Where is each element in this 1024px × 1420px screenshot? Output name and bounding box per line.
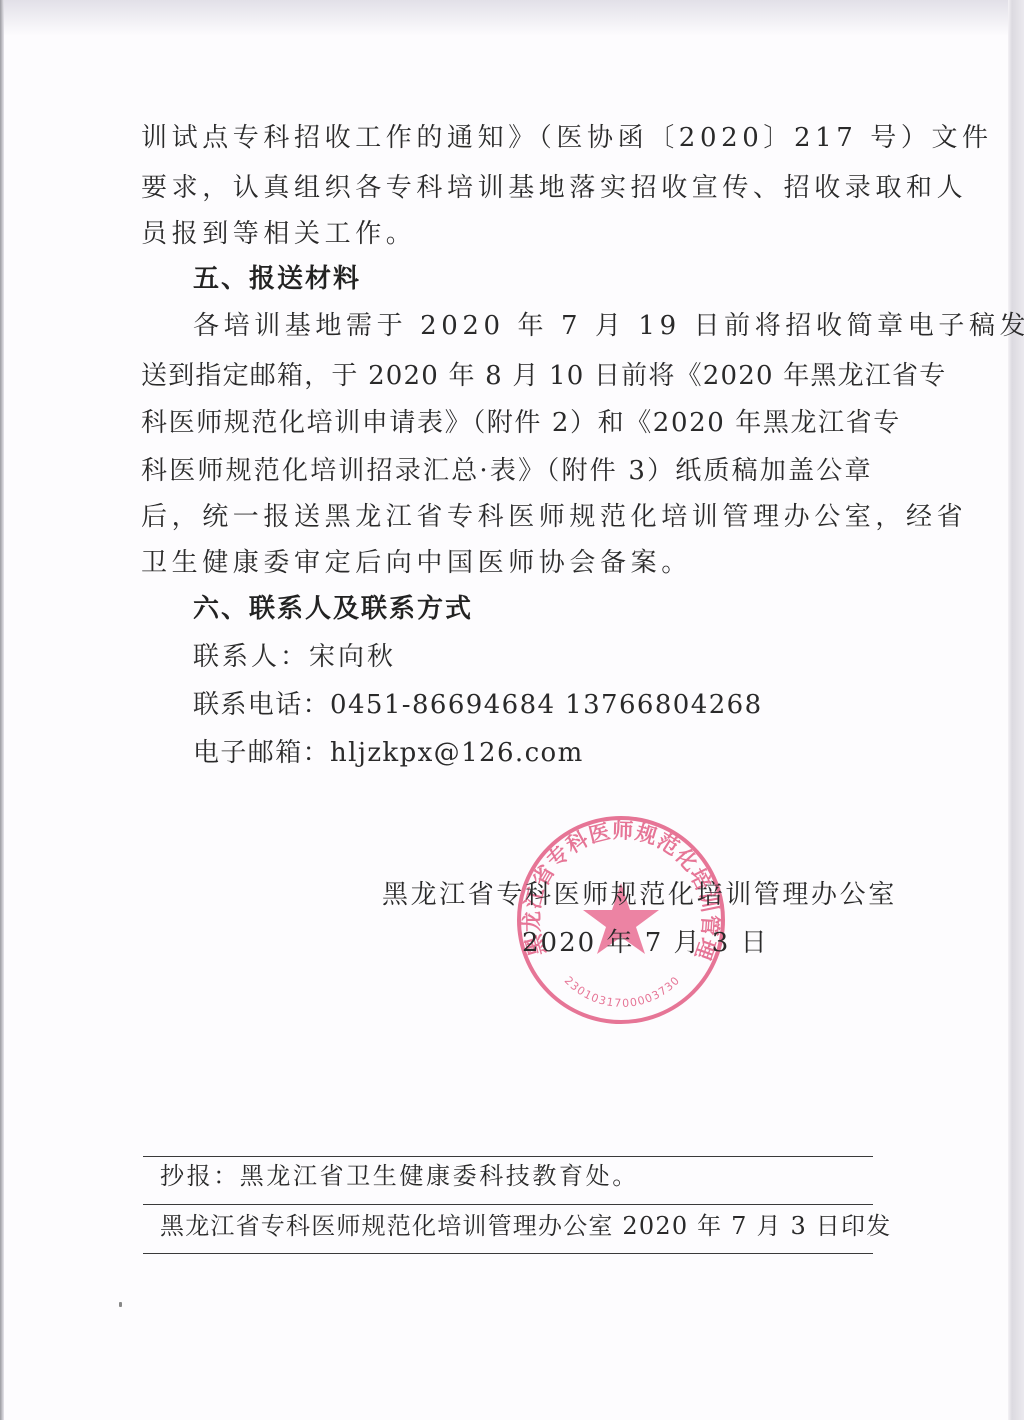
signature-organization: 黑龙江省专科医师规范化培训管理办公室 [382,880,897,910]
body-line: 后，统一报送黑龙江省专科医师规范化培训管理办公室，经省 [141,502,876,532]
contact-phone: 联系电话：0451-86694684 13766804268 [193,690,928,720]
body-line: 科医师规范化培训招录汇总·表》（附件 3）纸质稿加盖公章 [141,456,876,486]
svg-text:2301031700003730: 2301031700003730 [562,973,683,1009]
footer-cc: 抄报：黑龙江省卫生健康委科技教育处。 [160,1162,639,1190]
footer-rule-middle [143,1204,873,1205]
body-line: 训试点专科招收工作的通知》（医协函〔2020〕217 号）文件 [141,123,876,153]
body-line: 卫生健康委审定后向中国医师协会备案。 [141,548,876,578]
section-heading-contact: 六、联系人及联系方式 [193,594,928,624]
signature-date: 2020 年 7 月 3 日 [522,928,769,958]
seal-serial: 2301031700003730 [562,973,683,1009]
footer-rule-bottom [143,1253,873,1254]
official-seal-stamp: 黑龙江省专科医师规范化培训管理办公室 2301031700003730 [514,813,728,1027]
body-line: 员报到等相关工作。 [141,219,876,249]
document-page: 训试点专科招收工作的通知》（医协函〔2020〕217 号）文件 要求，认真组织各… [0,0,1024,1420]
body-line: 送到指定邮箱，于 2020 年 8 月 10 日前将《2020 年黑龙江省专 [141,361,876,391]
body-line: 要求，认真组织各专科培训基地落实招收宣传、招收录取和人 [141,173,876,203]
contact-person: 联系人：宋向秋 [193,642,928,672]
body-line: 科医师规范化培训申请表》（附件 2）和《2020 年黑龙江省专 [141,408,876,438]
section-heading-submission: 五、报送材料 [193,264,928,294]
footer-rule-top [143,1156,873,1157]
footer-issue: 黑龙江省专科医师规范化培训管理办公室 2020 年 7 月 3 日印发 [160,1212,891,1240]
contact-email[interactable]: 电子邮箱：hljzkpx@126.com [193,738,928,768]
scan-speck [119,1302,122,1307]
body-line: 各培训基地需于 2020 年 7 月 19 日前将招收简章电子稿发 [193,311,876,341]
